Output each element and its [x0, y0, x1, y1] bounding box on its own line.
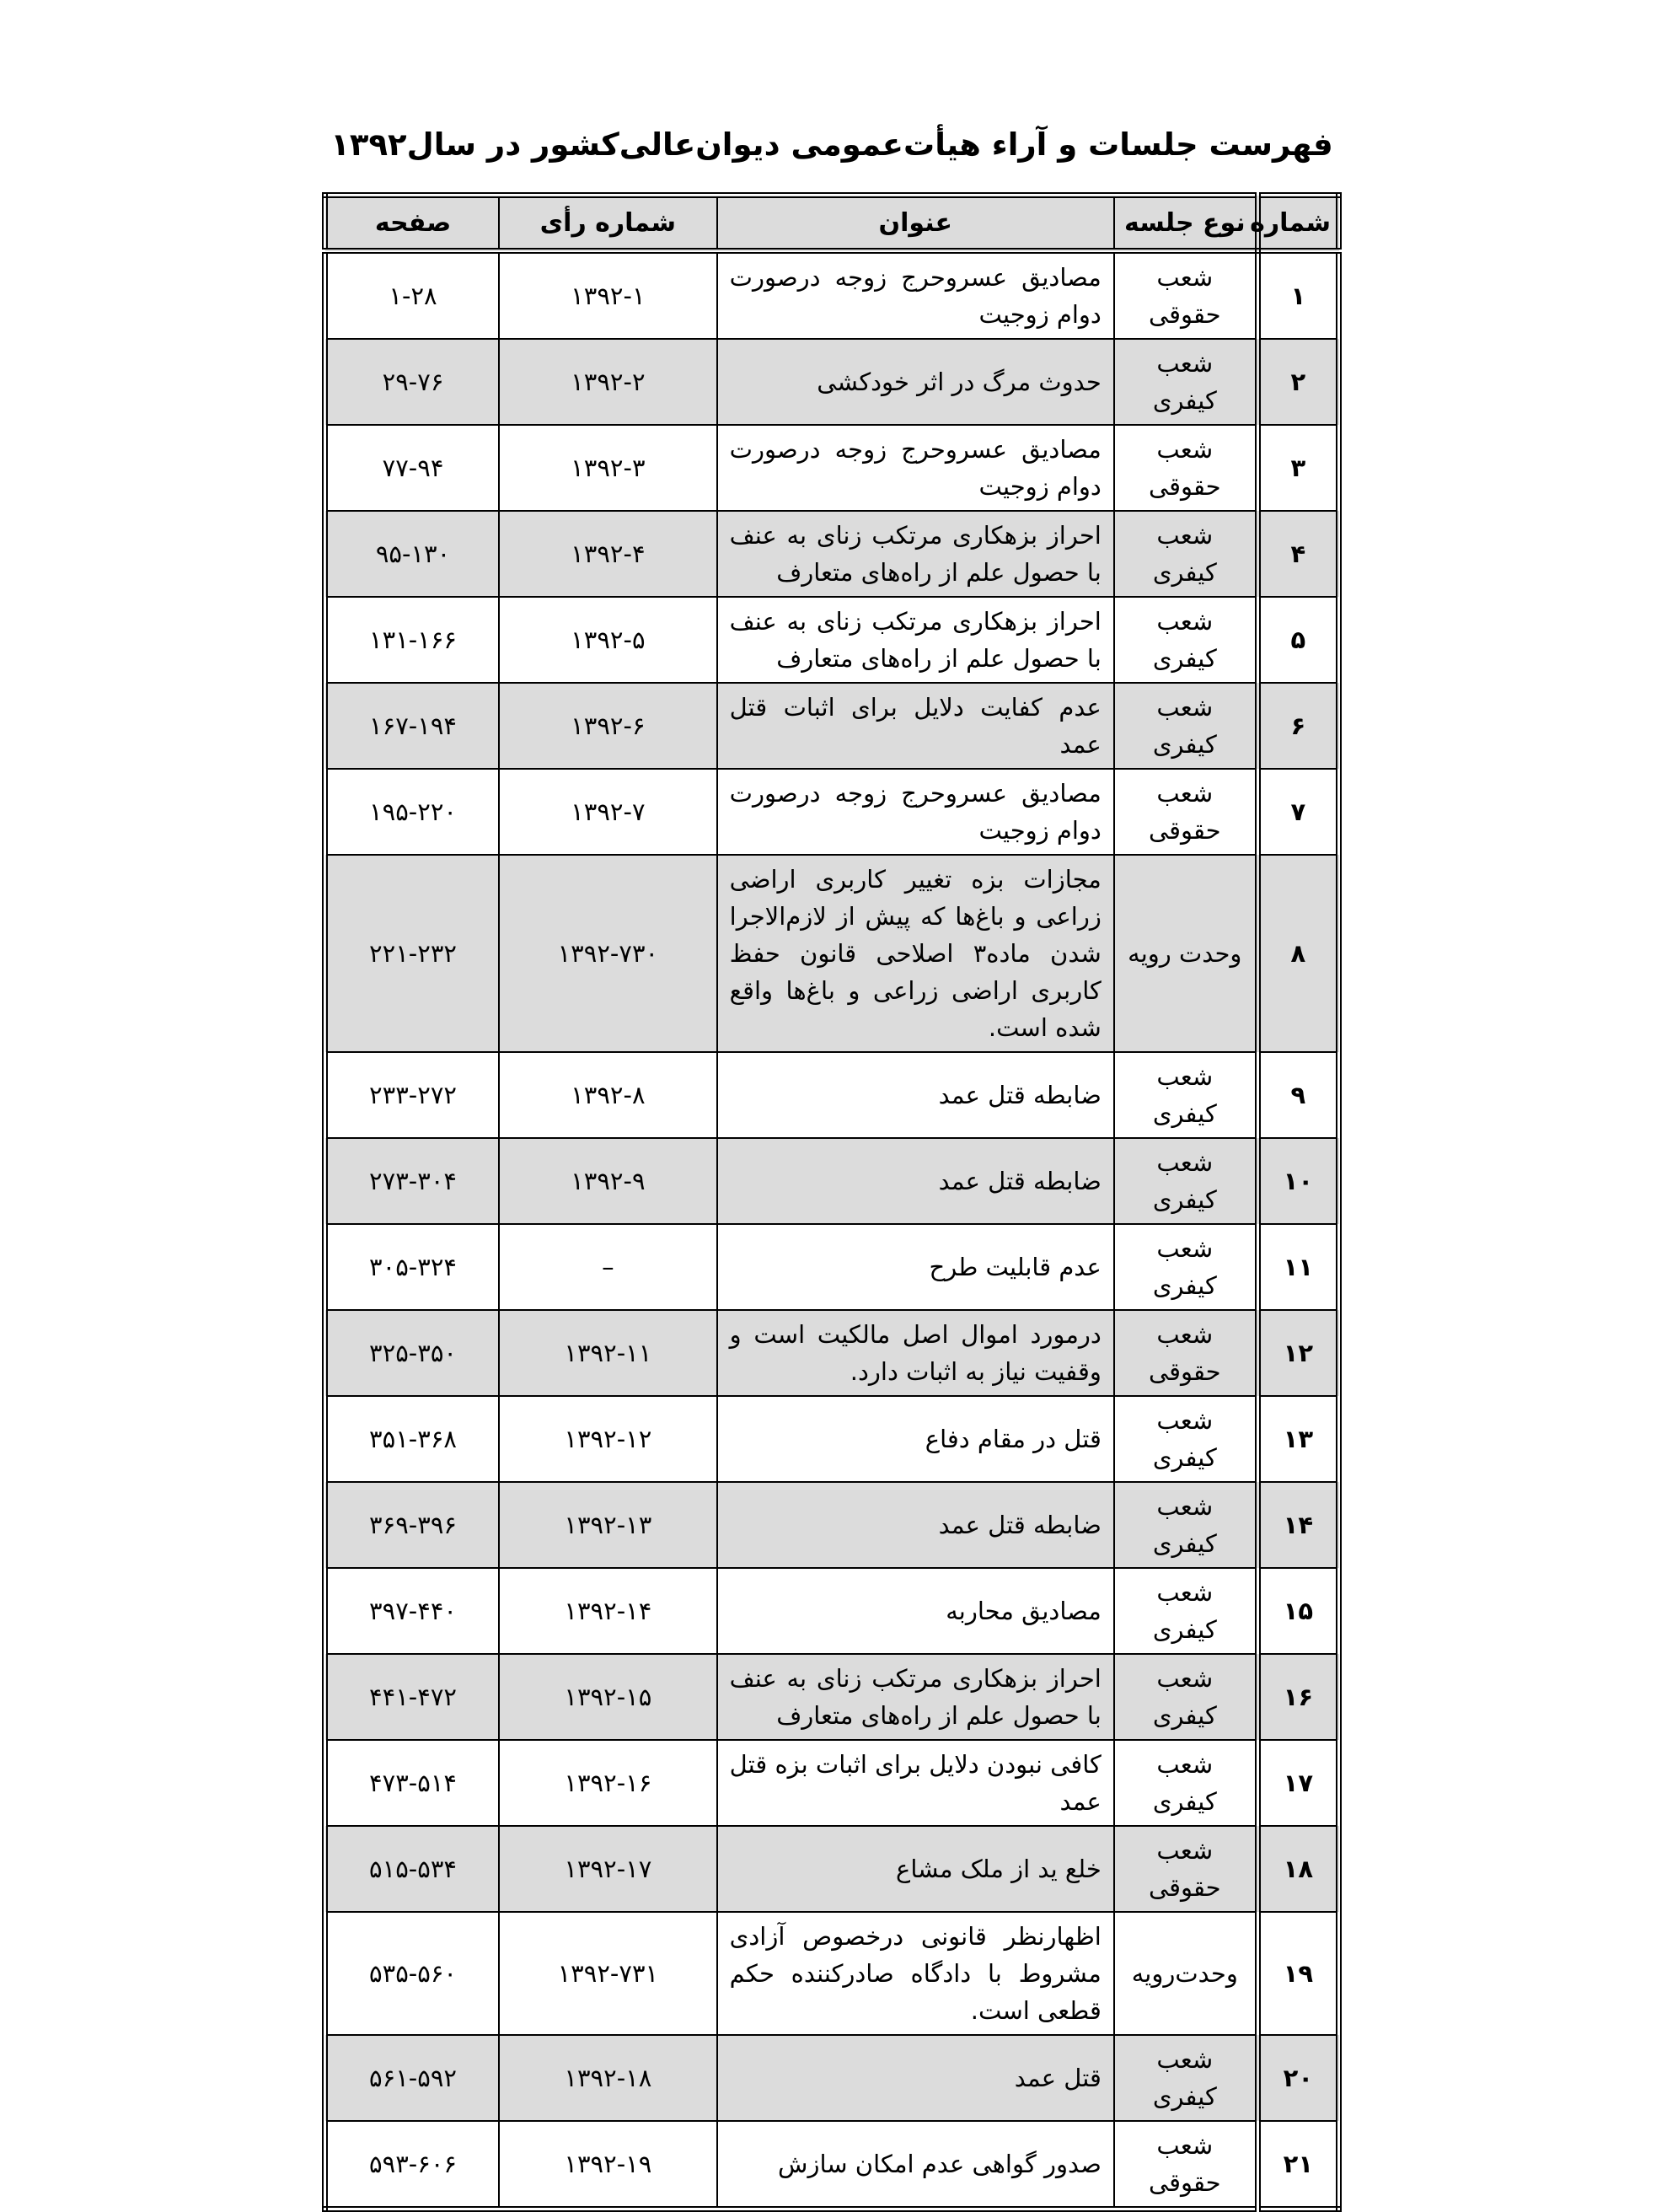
- page-range-cell: ۷۷-۹۴: [325, 425, 500, 511]
- session-type-cell: شعب کیفری: [1114, 1396, 1257, 1482]
- verdict-number-cell: –: [499, 1224, 717, 1310]
- table-row: ۱۲ شعب حقوقی درمورد اموال اصل مالکیت است…: [325, 1310, 1339, 1396]
- session-type-cell: شعب کیفری: [1114, 339, 1257, 425]
- verdict-number: ۱۳۹۲-۱۴: [564, 1592, 651, 1629]
- page-range: ۱-۲۸: [389, 277, 437, 314]
- page-range-cell: ۳۲۵-۳۵۰: [325, 1310, 500, 1396]
- page: فهرست جلسات و آراء هیأت‌عمومی دیوان‌عالی…: [0, 0, 1667, 2158]
- verdict-number-cell: ۱۳۹۲-۱۵: [499, 1654, 717, 1740]
- table-row: ۱۹ وحدت‌رویه اظهارنظر قانونی درخصوص آزاد…: [325, 1912, 1339, 2035]
- title-cell: کافی نبودن دلایل برای اثبات بزه قتل عمد: [717, 1740, 1114, 1826]
- table-row: ۵ شعب کیفری احراز بزهکاری مرتکب زنای به …: [325, 597, 1339, 683]
- table-row: ۷ شعب حقوقی مصادیق عسروحرج زوجه درصورت د…: [325, 769, 1339, 855]
- page-title: فهرست جلسات و آراء هیأت‌عمومی دیوان‌عالی…: [322, 126, 1342, 163]
- page-range-cell: ۳۰۵-۳۲۴: [325, 1224, 500, 1310]
- verdict-number-cell: ۱۳۹۲-۹: [499, 1138, 717, 1224]
- row-number-cell: ۴: [1257, 511, 1338, 597]
- verdict-number-cell: ۱۳۹۲-۱۲: [499, 1396, 717, 1482]
- verdict-number: ۱۳۹۲-۱۷: [564, 1850, 651, 1887]
- title-cell: احراز بزهکاری مرتکب زنای به عنف با حصول …: [717, 1654, 1114, 1740]
- title-cell: عدم کفایت دلایل برای اثبات قتل عمد: [717, 683, 1114, 769]
- session-type-cell: شعب کیفری: [1114, 1654, 1257, 1740]
- session-type-cell: شعب کیفری: [1114, 1482, 1257, 1568]
- row-number-cell: ۱۷: [1257, 1740, 1338, 1826]
- row-number-cell: ۹: [1257, 1052, 1338, 1138]
- verdict-number-cell: ۱۳۹۲-۵: [499, 597, 717, 683]
- verdict-number: ۱۳۹۲-۱۵: [564, 1678, 651, 1715]
- sessions-table: شماره نوع جلسه عنوان شماره رأی صفحه ۱ شع…: [322, 192, 1342, 2212]
- row-number-cell: ۷: [1257, 769, 1338, 855]
- title-cell: مصادیق محاربه: [717, 1568, 1114, 1654]
- verdict-number-cell: ۱۳۹۲-۱۱: [499, 1310, 717, 1396]
- verdict-number: ۱۳۹۲-۷۳۰: [558, 935, 659, 972]
- page-range-cell: ۵۹۳-۶۰۶: [325, 2121, 500, 2209]
- row-number-cell: ۱۳: [1257, 1396, 1338, 1482]
- session-type-cell: شعب حقوقی: [1114, 1310, 1257, 1396]
- session-type-cell: شعب کیفری: [1114, 511, 1257, 597]
- col-header-page: صفحه: [325, 196, 500, 251]
- verdict-number: –: [602, 1248, 614, 1286]
- session-type-cell: شعب کیفری: [1114, 1224, 1257, 1310]
- verdict-number-cell: ۱۳۹۲-۱۶: [499, 1740, 717, 1826]
- page-range-cell: ۲۳۳-۲۷۲: [325, 1052, 500, 1138]
- page-range-cell: ۳۵۱-۳۶۸: [325, 1396, 500, 1482]
- page-range-cell: ۵۶۱-۵۹۲: [325, 2035, 500, 2121]
- page-range: ۳۵۱-۳۶۸: [369, 1420, 457, 1458]
- table-row: ۲۱ شعب حقوقی صدور گواهی عدم امکان سازش ۱…: [325, 2121, 1339, 2209]
- row-number-cell: ۱۲: [1257, 1310, 1338, 1396]
- verdict-number-cell: ۱۳۹۲-۷: [499, 769, 717, 855]
- title-cell: قتل در مقام دفاع: [717, 1396, 1114, 1482]
- page-range: ۱۹۵-۲۲۰: [369, 793, 457, 830]
- page-range-cell: ۲۷۳-۳۰۴: [325, 1138, 500, 1224]
- row-number-cell: ۱۸: [1257, 1826, 1338, 1912]
- verdict-number-cell: ۱۳۹۲-۸: [499, 1052, 717, 1138]
- table-row: ۱ شعب حقوقی مصادیق عسروحرج زوجه درصورت د…: [325, 251, 1339, 340]
- verdict-number: ۱۳۹۲-۵: [571, 621, 645, 658]
- verdict-number-cell: ۱۳۹۲-۱۸: [499, 2035, 717, 2121]
- row-number-cell: ۱۵: [1257, 1568, 1338, 1654]
- title-cell: ضابطه قتل عمد: [717, 1138, 1114, 1224]
- page-range: ۵۶۱-۵۹۲: [369, 2059, 457, 2097]
- page-range-cell: ۱۶۷-۱۹۴: [325, 683, 500, 769]
- session-type-cell: وحدت رویه: [1114, 855, 1257, 1052]
- row-number-cell: ۱۶: [1257, 1654, 1338, 1740]
- page-range-cell: ۲۲۱-۲۳۲: [325, 855, 500, 1052]
- page-range-cell: ۵۱۵-۵۳۴: [325, 1826, 500, 1912]
- verdict-number: ۱۳۹۲-۷: [571, 793, 645, 830]
- col-header-session-type: نوع جلسه: [1114, 196, 1257, 251]
- title-cell: مجازات بزه تغییر کاربری اراضی زراعی و با…: [717, 855, 1114, 1052]
- page-range: ۲۹-۷۶: [383, 363, 444, 400]
- verdict-number: ۱۳۹۲-۱: [571, 277, 645, 314]
- table-row: ۱۶ شعب کیفری احراز بزهکاری مرتکب زنای به…: [325, 1654, 1339, 1740]
- table-body: ۱ شعب حقوقی مصادیق عسروحرج زوجه درصورت د…: [325, 251, 1339, 2209]
- row-number-cell: ۱۹: [1257, 1912, 1338, 2035]
- verdict-number-cell: ۱۳۹۲-۱۷: [499, 1826, 717, 1912]
- verdict-number: ۱۳۹۲-۱۲: [564, 1420, 651, 1458]
- verdict-number: ۱۳۹۲-۲: [571, 363, 645, 400]
- verdict-number: ۱۳۹۲-۶: [571, 707, 645, 744]
- verdict-number-cell: ۱۳۹۲-۶: [499, 683, 717, 769]
- page-range: ۱۳۱-۱۶۶: [369, 621, 457, 658]
- page-range: ۳۲۵-۳۵۰: [369, 1334, 457, 1372]
- verdict-number-cell: ۱۳۹۲-۳: [499, 425, 717, 511]
- title-cell: اظهارنظر قانونی درخصوص آزادی مشروط با دا…: [717, 1912, 1114, 2035]
- title-cell: مصادیق عسروحرج زوجه درصورت دوام زوجیت: [717, 425, 1114, 511]
- page-range: ۲۷۳-۳۰۴: [369, 1162, 457, 1200]
- page-range: ۴۴۱-۴۷۲: [369, 1678, 457, 1715]
- table-row: ۹ شعب کیفری ضابطه قتل عمد ۱۳۹۲-۸ ۲۳۳-۲۷۲: [325, 1052, 1339, 1138]
- header-row: شماره نوع جلسه عنوان شماره رأی صفحه: [325, 196, 1339, 251]
- row-number-cell: ۲: [1257, 339, 1338, 425]
- page-range: ۵۱۵-۵۳۴: [369, 1850, 457, 1887]
- table-header: شماره نوع جلسه عنوان شماره رأی صفحه: [325, 196, 1339, 251]
- page-range: ۳۰۵-۳۲۴: [369, 1248, 457, 1286]
- session-type-cell: شعب کیفری: [1114, 1740, 1257, 1826]
- page-range-cell: ۵۳۵-۵۶۰: [325, 1912, 500, 2035]
- title-cell: صدور گواهی عدم امکان سازش: [717, 2121, 1114, 2209]
- verdict-number: ۱۳۹۲-۱۹: [564, 2145, 651, 2182]
- page-range-cell: ۴۴۱-۴۷۲: [325, 1654, 500, 1740]
- table-row: ۱۱ شعب کیفری عدم قابلیت طرح – ۳۰۵-۳۲۴: [325, 1224, 1339, 1310]
- table-row: ۱۷ شعب کیفری کافی نبودن دلایل برای اثبات…: [325, 1740, 1339, 1826]
- title-cell: درمورد اموال اصل مالکیت است و وقفیت نیاز…: [717, 1310, 1114, 1396]
- table-row: ۳ شعب حقوقی مصادیق عسروحرج زوجه درصورت د…: [325, 425, 1339, 511]
- page-range-cell: ۱۹۵-۲۲۰: [325, 769, 500, 855]
- row-number-cell: ۱: [1257, 251, 1338, 340]
- page-range: ۱۶۷-۱۹۴: [369, 707, 457, 744]
- title-cell: خلع ید از ملک مشاع: [717, 1826, 1114, 1912]
- session-type-cell: شعب حقوقی: [1114, 251, 1257, 340]
- verdict-number: ۱۳۹۲-۷۳۱: [558, 1955, 659, 1992]
- session-type-cell: شعب کیفری: [1114, 2035, 1257, 2121]
- session-type-cell: شعب کیفری: [1114, 597, 1257, 683]
- verdict-number: ۱۳۹۲-۴: [571, 535, 645, 572]
- verdict-number: ۱۳۹۲-۳: [571, 449, 645, 486]
- verdict-number: ۱۳۹۲-۹: [571, 1162, 645, 1200]
- row-number-cell: ۳: [1257, 425, 1338, 511]
- session-type-cell: شعب کیفری: [1114, 1568, 1257, 1654]
- table-row: ۱۸ شعب حقوقی خلع ید از ملک مشاع ۱۳۹۲-۱۷ …: [325, 1826, 1339, 1912]
- page-range: ۲۲۱-۲۳۲: [369, 935, 457, 972]
- table-row: ۱۳ شعب کیفری قتل در مقام دفاع ۱۳۹۲-۱۲ ۳۵…: [325, 1396, 1339, 1482]
- page-range-cell: ۴۷۳-۵۱۴: [325, 1740, 500, 1826]
- table-row: ۲۰ شعب کیفری قتل عمد ۱۳۹۲-۱۸ ۵۶۱-۵۹۲: [325, 2035, 1339, 2121]
- verdict-number-cell: ۱۳۹۲-۱: [499, 251, 717, 340]
- verdict-number-cell: ۱۳۹۲-۷۳۰: [499, 855, 717, 1052]
- table-row: ۱۴ شعب کیفری ضابطه قتل عمد ۱۳۹۲-۱۳ ۳۶۹-۳…: [325, 1482, 1339, 1568]
- table-row: ۶ شعب کیفری عدم کفایت دلایل برای اثبات ق…: [325, 683, 1339, 769]
- title-cell: قتل عمد: [717, 2035, 1114, 2121]
- page-range: ۳۹۷-۴۴۰: [369, 1592, 457, 1629]
- session-type-cell: وحدت‌رویه: [1114, 1912, 1257, 2035]
- verdict-number-cell: ۱۳۹۲-۱۴: [499, 1568, 717, 1654]
- verdict-number: ۱۳۹۲-۱۸: [564, 2059, 651, 2097]
- page-range: ۳۶۹-۳۹۶: [369, 1506, 457, 1544]
- verdict-number-cell: ۱۳۹۲-۱۳: [499, 1482, 717, 1568]
- row-number-cell: ۸: [1257, 855, 1338, 1052]
- row-number-cell: ۱۰: [1257, 1138, 1338, 1224]
- session-type-cell: شعب حقوقی: [1114, 769, 1257, 855]
- verdict-number: ۱۳۹۲-۸: [571, 1076, 645, 1114]
- verdict-number: ۱۳۹۲-۱۶: [564, 1764, 651, 1801]
- page-range: ۷۷-۹۴: [383, 449, 444, 486]
- page-range-cell: ۲۹-۷۶: [325, 339, 500, 425]
- col-header-number: شماره: [1257, 196, 1338, 251]
- table-row: ۸ وحدت رویه مجازات بزه تغییر کاربری اراض…: [325, 855, 1339, 1052]
- page-range-cell: ۳۹۷-۴۴۰: [325, 1568, 500, 1654]
- page-range: ۴۷۳-۵۱۴: [369, 1764, 457, 1801]
- verdict-number-cell: ۱۳۹۲-۷۳۱: [499, 1912, 717, 2035]
- session-type-cell: شعب حقوقی: [1114, 1826, 1257, 1912]
- session-type-cell: شعب کیفری: [1114, 1138, 1257, 1224]
- title-cell: ضابطه قتل عمد: [717, 1052, 1114, 1138]
- session-type-cell: شعب حقوقی: [1114, 425, 1257, 511]
- row-number-cell: ۶: [1257, 683, 1338, 769]
- title-cell: احراز بزهکاری مرتکب زنای به عنف با حصول …: [717, 511, 1114, 597]
- title-cell: مصادیق عسروحرج زوجه درصورت دوام زوجیت: [717, 251, 1114, 340]
- title-cell: مصادیق عسروحرج زوجه درصورت دوام زوجیت: [717, 769, 1114, 855]
- title-cell: ضابطه قتل عمد: [717, 1482, 1114, 1568]
- page-range: ۹۵-۱۳۰: [376, 535, 450, 572]
- col-header-title: عنوان: [717, 196, 1114, 251]
- table-row: ۲ شعب کیفری حدوث مرگ در اثر خودکشی ۱۳۹۲-…: [325, 339, 1339, 425]
- verdict-number-cell: ۱۳۹۲-۲: [499, 339, 717, 425]
- session-type-cell: شعب کیفری: [1114, 683, 1257, 769]
- title-cell: احراز بزهکاری مرتکب زنای به عنف با حصول …: [717, 597, 1114, 683]
- row-number-cell: ۱۱: [1257, 1224, 1338, 1310]
- title-cell: حدوث مرگ در اثر خودکشی: [717, 339, 1114, 425]
- row-number-cell: ۲۱: [1257, 2121, 1338, 2209]
- page-range: ۵۹۳-۶۰۶: [369, 2145, 457, 2182]
- row-number-cell: ۱۴: [1257, 1482, 1338, 1568]
- page-range: ۲۳۳-۲۷۲: [369, 1076, 457, 1114]
- session-type-cell: شعب حقوقی: [1114, 2121, 1257, 2209]
- row-number-cell: ۲۰: [1257, 2035, 1338, 2121]
- table-row: ۱۵ شعب کیفری مصادیق محاربه ۱۳۹۲-۱۴ ۳۹۷-۴…: [325, 1568, 1339, 1654]
- sessions-table-wrapper: شماره نوع جلسه عنوان شماره رأی صفحه ۱ شع…: [322, 192, 1342, 2212]
- page-range: ۵۳۵-۵۶۰: [369, 1955, 457, 1992]
- verdict-number: ۱۳۹۲-۱۳: [564, 1506, 651, 1544]
- page-range-cell: ۱۳۱-۱۶۶: [325, 597, 500, 683]
- page-range-cell: ۱-۲۸: [325, 251, 500, 340]
- table-row: ۴ شعب کیفری احراز بزهکاری مرتکب زنای به …: [325, 511, 1339, 597]
- row-number-cell: ۵: [1257, 597, 1338, 683]
- page-range-cell: ۳۶۹-۳۹۶: [325, 1482, 500, 1568]
- table-row: ۱۰ شعب کیفری ضابطه قتل عمد ۱۳۹۲-۹ ۲۷۳-۳۰…: [325, 1138, 1339, 1224]
- page-range-cell: ۹۵-۱۳۰: [325, 511, 500, 597]
- title-cell: عدم قابلیت طرح: [717, 1224, 1114, 1310]
- verdict-number-cell: ۱۳۹۲-۴: [499, 511, 717, 597]
- session-type-cell: شعب کیفری: [1114, 1052, 1257, 1138]
- col-header-verdict-number: شماره رأی: [499, 196, 717, 251]
- verdict-number: ۱۳۹۲-۱۱: [564, 1334, 651, 1372]
- verdict-number-cell: ۱۳۹۲-۱۹: [499, 2121, 717, 2209]
